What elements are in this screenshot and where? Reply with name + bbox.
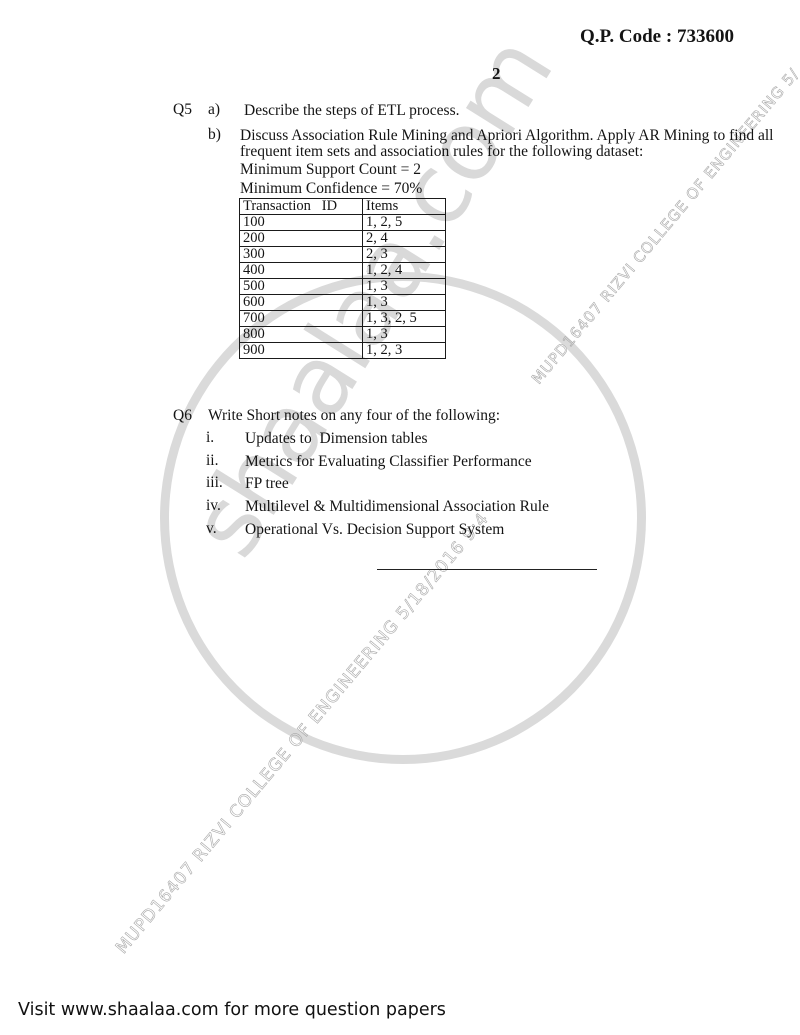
table-row: 6001, 3	[240, 295, 446, 311]
cell-items: 1, 2, 4	[363, 263, 446, 279]
table-row: 4001, 2, 4	[240, 263, 446, 279]
q6-item-text: Updates to Dimension tables	[245, 430, 428, 447]
q6-instruction: Write Short notes on any four of the fol…	[208, 407, 500, 424]
cell-transaction-id: 800	[240, 327, 363, 343]
table-row: 2002, 4	[240, 231, 446, 247]
table-row: 5001, 3	[240, 279, 446, 295]
cell-transaction-id: 400	[240, 263, 363, 279]
cell-transaction-id: 900	[240, 343, 363, 359]
cell-items: 2, 3	[363, 247, 446, 263]
transaction-table: Transaction ID Items 1001, 2, 52002, 430…	[239, 198, 446, 359]
cell-transaction-id: 300	[240, 247, 363, 263]
watermark-stamp-upper: MUPD16407 RIZVI COLLEGE OF ENGINEERING 5…	[528, 65, 800, 388]
cell-transaction-id: 500	[240, 279, 363, 295]
cell-items: 1, 2, 3	[363, 343, 446, 359]
min-support-count: Minimum Support Count = 2	[240, 161, 421, 178]
cell-transaction-id: 100	[240, 215, 363, 231]
cell-items: 1, 3	[363, 327, 446, 343]
page-number: 2	[492, 64, 501, 84]
header-transaction-id: Transaction ID	[240, 199, 363, 215]
cell-items: 2, 4	[363, 231, 446, 247]
table-row: 7001, 3, 2, 5	[240, 311, 446, 327]
table-row: 3002, 3	[240, 247, 446, 263]
footer-text: Visit www.shaalaa.com for more question …	[18, 1000, 446, 1020]
cell-items: 1, 3, 2, 5	[363, 311, 446, 327]
cell-items: 1, 3	[363, 279, 446, 295]
q5a-label: a)	[208, 101, 220, 119]
q5b-label: b)	[208, 126, 221, 144]
q5a-text: Describe the steps of ETL process.	[244, 102, 460, 119]
header-items: Items	[363, 199, 446, 215]
q6-item-number: v.	[206, 520, 217, 538]
table-row: 8001, 3	[240, 327, 446, 343]
q6-item-number: ii.	[206, 452, 219, 470]
qp-code: Q.P. Code : 733600	[580, 26, 734, 48]
q5b-text-line2: frequent item sets and association rules…	[240, 143, 643, 160]
cell-transaction-id: 700	[240, 311, 363, 327]
end-divider	[377, 569, 597, 570]
cell-transaction-id: 600	[240, 295, 363, 311]
q6-item-number: iv.	[206, 497, 221, 515]
q6-item-text: Operational Vs. Decision Support System	[245, 521, 504, 538]
table-row: 9001, 2, 3	[240, 343, 446, 359]
q5-label: Q5	[173, 101, 192, 119]
q6-label: Q6	[173, 407, 192, 425]
min-confidence: Minimum Confidence = 70%	[240, 180, 422, 197]
table-header-row: Transaction ID Items	[240, 199, 446, 215]
q6-item-text: Multilevel & Multidimensional Associatio…	[245, 498, 549, 515]
q6-item-text: Metrics for Evaluating Classifier Perfor…	[245, 453, 532, 470]
cell-items: 1, 2, 5	[363, 215, 446, 231]
q6-item-number: iii.	[206, 474, 223, 492]
q5b-text-line1: Discuss Association Rule Mining and Apri…	[240, 127, 773, 144]
q6-item-number: i.	[206, 429, 214, 447]
table-row: 1001, 2, 5	[240, 215, 446, 231]
q6-item-text: FP tree	[245, 475, 289, 492]
cell-items: 1, 3	[363, 295, 446, 311]
cell-transaction-id: 200	[240, 231, 363, 247]
